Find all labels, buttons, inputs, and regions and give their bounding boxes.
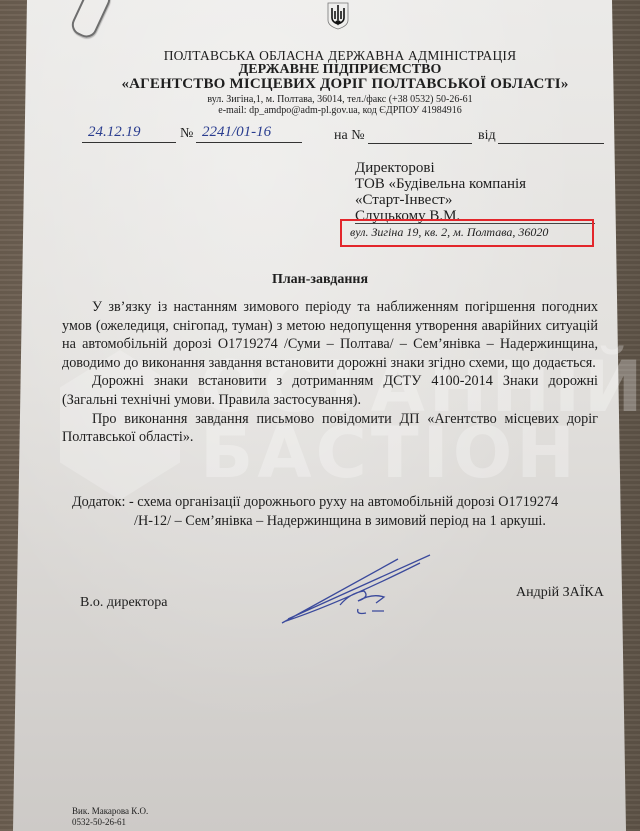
attachment-note: Додаток: - схема організації дорожнього … [72, 493, 592, 530]
enterprise-address: вул. Зигіна,1, м. Полтава, 36014, тел./ф… [150, 94, 530, 105]
signatory-name: Андрій ЗАЇКА [516, 585, 604, 601]
reference-field [368, 128, 472, 144]
enterprise-name: «АГЕНТСТВО МІСЦЕВИХ ДОРІГ ПОЛТАВСЬКОЇ ОБ… [90, 76, 600, 93]
recipient-line: Директорові [355, 160, 435, 177]
executor-phone: 0532-50-26-61 [72, 817, 148, 828]
recipient-line: ТОВ «Будівельна компанія [355, 176, 526, 193]
document-title: План-завдання [40, 272, 600, 288]
outgoing-number: 2241/01-16 [196, 124, 302, 143]
enterprise-email: e-mail: dp_amdpo@adm-pl.gov.ua, код ЄДРП… [150, 105, 530, 116]
from-field [498, 128, 604, 144]
number-label: № [180, 126, 193, 142]
body-paragraph: Дорожні знаки встановити з дотриманням Д… [62, 372, 598, 409]
recipient-line: «Старт-Інвест» [355, 192, 452, 209]
signatory-role: В.о. директора [80, 595, 167, 611]
coat-of-arms-icon [327, 2, 349, 30]
attachment-line-2: /Н-12/ – Сем’янівка – Надержинщина в зим… [72, 512, 592, 531]
attachment-line-1: Додаток: - схема організації дорожнього … [72, 493, 592, 512]
reference-label: на № [334, 128, 365, 144]
executor-info: Вик. Макарова К.О. 0532-50-26-61 [72, 806, 148, 828]
outgoing-date: 24.12.19 [82, 124, 176, 143]
from-label: від [478, 128, 496, 144]
body-paragraph: Про виконання завдання письмово повідоми… [62, 410, 598, 447]
executor-name: Вик. Макарова К.О. [72, 806, 148, 817]
body-paragraph: У зв’язку із настанням зимового періоду … [62, 298, 598, 372]
highlight-box [340, 219, 594, 247]
document-body: У зв’язку із настанням зимового періоду … [62, 298, 598, 447]
handwritten-signature-icon [280, 553, 440, 625]
